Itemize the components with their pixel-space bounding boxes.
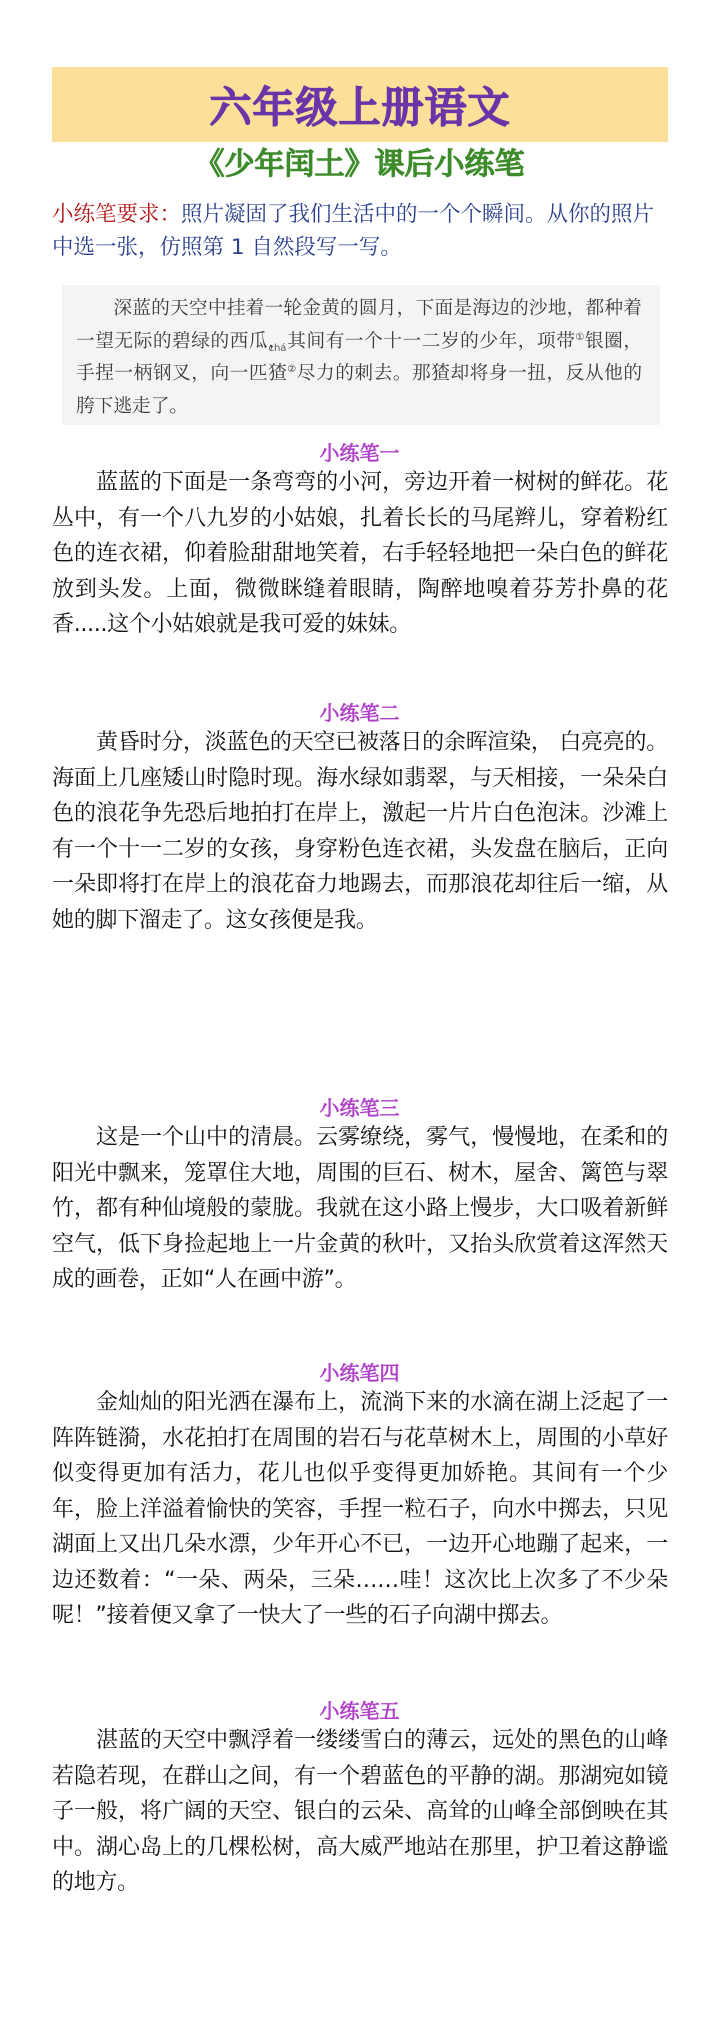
section-heading-2: 小练笔二	[0, 701, 719, 725]
section-body-3: 这是一个山中的清晨。云雾缭绕，雾气，慢慢地，在柔和的阳光中飘来，笼罩住大地，周围…	[52, 1120, 668, 1298]
pinyin-label: chá	[268, 344, 287, 354]
exercise-requirement: 小练笔要求：照片凝固了我们生活中的一个个瞬间。从你的照片中选一张，仿照第 1 自…	[52, 198, 672, 264]
section-heading-1: 小练笔一	[0, 441, 719, 465]
section-body-5: 湛蓝的天空中飘浮着一缕缕雪白的薄云，远处的黑色的山峰若隐若现，在群山之间，有一个…	[52, 1723, 668, 1901]
ruby-annotation: chá猹	[268, 358, 287, 391]
section-heading-4: 小练笔四	[0, 1361, 719, 1385]
section-body-1: 蓝蓝的下面是一条弯弯的小河，旁边开着一树树的鲜花。花丛中，有一个八九岁的小姑娘，…	[52, 465, 668, 643]
section-body-2: 黄昏时分，淡蓝色的天空已被落日的余晖渲染， 白亮亮的。海面上几座矮山时隐时现。海…	[52, 725, 668, 938]
excerpt-text: 深蓝的天空中挂着一轮金黄的圆月，下面是海边的沙地，都种着一望无际的碧绿的西瓜，其…	[76, 293, 642, 423]
title-banner: 六年级上册语文	[52, 67, 668, 142]
section-body-4: 金灿灿的阳光洒在瀑布上，流淌下来的水滴在湖上泛起了一阵阵链漪，水花拍打在周围的岩…	[52, 1385, 668, 1634]
footnote-marker-1: ①	[575, 331, 585, 342]
footnote-marker-2: ②	[287, 364, 297, 375]
section-heading-5: 小练笔五	[0, 1699, 719, 1723]
section-heading-3: 小练笔三	[0, 1096, 719, 1120]
requirement-label: 小练笔要求：	[52, 202, 181, 227]
excerpt-part-1: 深蓝的天空中挂着一轮金黄的圆月，下面是海边的沙地，都种着一望无际的碧绿的西瓜，其…	[76, 298, 642, 352]
page-title: 六年级上册语文	[209, 75, 510, 135]
textbook-excerpt: 深蓝的天空中挂着一轮金黄的圆月，下面是海边的沙地，都种着一望无际的碧绿的西瓜，其…	[62, 285, 660, 425]
page-subtitle: 《少年闰土》课后小练笔	[0, 145, 719, 185]
ruby-char: 猹	[268, 363, 287, 384]
